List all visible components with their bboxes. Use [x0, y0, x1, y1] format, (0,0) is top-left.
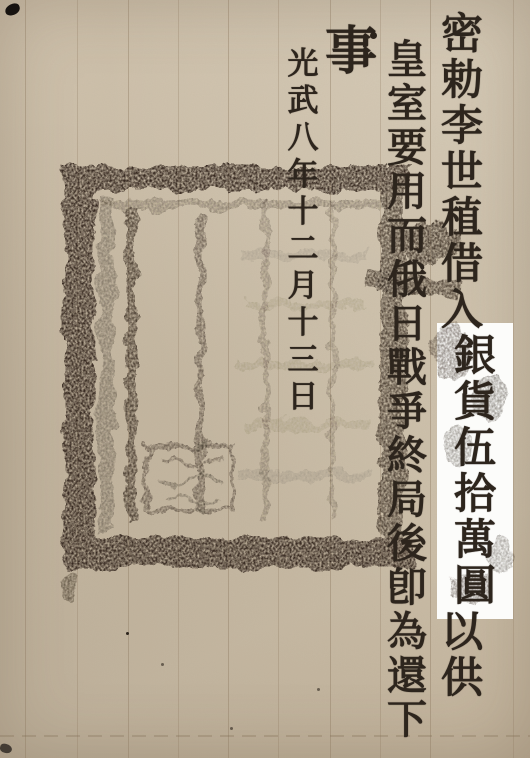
han-character: 借 — [441, 241, 483, 287]
han-character: 爭 — [387, 390, 427, 434]
han-character: 貨 — [454, 379, 496, 425]
han-character: 為 — [387, 610, 427, 654]
han-character: 李 — [441, 103, 483, 149]
han-character: 俄 — [387, 258, 427, 302]
text-column-4: 光武八年十二月十三日 — [279, 46, 327, 416]
han-character: 伍 — [454, 425, 496, 471]
text-column-3: 事 — [322, 16, 380, 88]
han-character: 二 — [288, 231, 319, 268]
han-character: 局 — [387, 478, 427, 522]
han-character: 世 — [441, 149, 483, 195]
han-character: 日 — [387, 302, 427, 346]
han-character: 十 — [288, 194, 319, 231]
han-character: 皇 — [387, 38, 427, 82]
han-character: 銀 — [454, 333, 496, 379]
han-character: 圓 — [454, 563, 496, 609]
han-character: 稙 — [441, 195, 483, 241]
han-character: 下 — [387, 698, 427, 742]
han-character: 供 — [441, 655, 483, 701]
han-character: 入 — [441, 287, 483, 333]
han-character: 還 — [387, 654, 427, 698]
han-character: 戰 — [387, 346, 427, 390]
han-character: 拾 — [454, 471, 496, 517]
ink-dot — [230, 727, 233, 730]
han-character: 光 — [288, 46, 319, 83]
ink-dot — [126, 632, 129, 635]
han-character: 年 — [288, 157, 319, 194]
han-character: 日 — [288, 379, 319, 416]
ink-dot — [161, 663, 164, 666]
han-character: 八 — [288, 120, 319, 157]
han-character: 而 — [387, 214, 427, 258]
han-character: 三 — [288, 342, 319, 379]
ink-dot — [317, 688, 320, 691]
han-character: 萬 — [454, 517, 496, 563]
han-character: 終 — [387, 434, 427, 478]
han-character: 事 — [325, 16, 377, 88]
han-character: 以 — [441, 609, 483, 655]
han-character: 月 — [288, 268, 319, 305]
han-character: 要 — [387, 126, 427, 170]
han-character: 室 — [387, 82, 427, 126]
han-character: 用 — [387, 170, 427, 214]
han-character: 卽 — [387, 566, 427, 610]
ink-dot — [370, 32, 377, 39]
han-character: 十 — [288, 305, 319, 342]
text-column-2: 皇室要用而俄日戰爭終局後卽為還下 — [377, 38, 437, 742]
han-character: 密 — [441, 11, 483, 57]
han-character: 勅 — [441, 57, 483, 103]
han-character: 後 — [387, 522, 427, 566]
han-character: 武 — [288, 83, 319, 120]
manuscript-page: 密勅李世稙借入銀貨伍拾萬圓以供 皇室要用而俄日戰爭終局後卽為還下 事 光武八年十… — [0, 0, 530, 758]
text-column-1: 密勅李世稙借入銀貨伍拾萬圓以供 — [430, 11, 494, 701]
